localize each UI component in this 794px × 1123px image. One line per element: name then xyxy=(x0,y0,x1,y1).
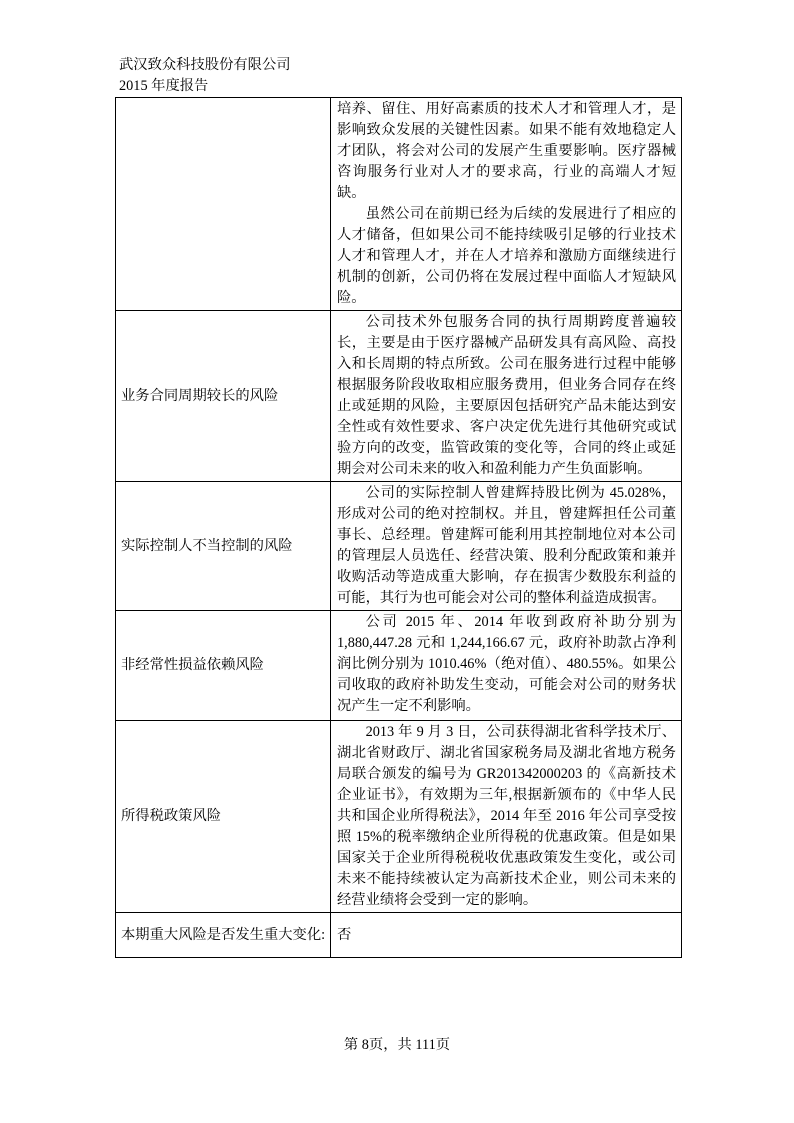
risk-paragraph: 2013 年 9 月 3 日，公司获得湖北省科学技术厅、湖北省财政厅、湖北省国家… xyxy=(337,722,676,911)
risk-description-cell: 否 xyxy=(331,913,682,958)
risk-name-cell: 业务合同周期较长的风险 xyxy=(116,311,331,482)
table-row: 培养、留住、用好高素质的技术人才和管理人才，是影响致众发展的关键性因素。如果不能… xyxy=(116,98,682,311)
risk-description-cell: 公司技术外包服务合同的执行周期跨度普遍较长，主要是由于医疗器械产品研发具有高风险… xyxy=(331,311,682,482)
table-row: 实际控制人不当控制的风险 公司的实际控制人曾建辉持股比例为 45.028%，形成… xyxy=(116,482,682,611)
risk-description-cell: 公司 2015 年、2014 年收到政府补助分别为 1,880,447.28 元… xyxy=(331,611,682,721)
risk-name-cell: 非经常性损益依赖风险 xyxy=(116,611,331,721)
page-number-footer: 第 8页，共 111页 xyxy=(0,1035,794,1056)
risk-name-cell: 本期重大风险是否发生重大变化: xyxy=(116,913,331,958)
risk-name-cell xyxy=(116,98,331,311)
risk-paragraph: 虽然公司在前期已经为后续的发展进行了相应的人才储备，但如果公司不能持续吸引足够的… xyxy=(337,204,676,309)
risk-description-cell: 公司的实际控制人曾建辉持股比例为 45.028%，形成对公司的绝对控制权。并且，… xyxy=(331,482,682,611)
risk-description-cell: 2013 年 9 月 3 日，公司获得湖北省科学技术厅、湖北省财政厅、湖北省国家… xyxy=(331,721,682,913)
table-row: 业务合同周期较长的风险 公司技术外包服务合同的执行周期跨度普遍较长，主要是由于医… xyxy=(116,311,682,482)
document-header: 武汉致众科技股份有限公司 2015 年度报告 xyxy=(119,55,291,97)
report-title: 2015 年度报告 xyxy=(119,76,291,97)
document-page: 武汉致众科技股份有限公司 2015 年度报告 培养、留住、用好高素质的技术人才和… xyxy=(0,0,794,1123)
table-row: 所得税政策风险 2013 年 9 月 3 日，公司获得湖北省科学技术厅、湖北省财… xyxy=(116,721,682,913)
page-indicator: 第 8页，共 111页 xyxy=(344,1037,450,1053)
risk-paragraph: 公司技术外包服务合同的执行周期跨度普遍较长，主要是由于医疗器械产品研发具有高风险… xyxy=(337,312,676,480)
risk-paragraph: 否 xyxy=(337,925,676,946)
risk-paragraph: 培养、留住、用好高素质的技术人才和管理人才，是影响致众发展的关键性因素。如果不能… xyxy=(337,99,676,204)
risk-description-cell: 培养、留住、用好高素质的技术人才和管理人才，是影响致众发展的关键性因素。如果不能… xyxy=(331,98,682,311)
table-row: 本期重大风险是否发生重大变化: 否 xyxy=(116,913,682,958)
company-name: 武汉致众科技股份有限公司 xyxy=(119,55,291,76)
risk-paragraph: 公司的实际控制人曾建辉持股比例为 45.028%，形成对公司的绝对控制权。并且，… xyxy=(337,483,676,609)
risk-paragraph: 公司 2015 年、2014 年收到政府补助分别为 1,880,447.28 元… xyxy=(337,612,676,717)
table-row: 非经常性损益依赖风险 公司 2015 年、2014 年收到政府补助分别为 1,8… xyxy=(116,611,682,721)
risk-name-cell: 实际控制人不当控制的风险 xyxy=(116,482,331,611)
risk-table: 培养、留住、用好高素质的技术人才和管理人才，是影响致众发展的关键性因素。如果不能… xyxy=(115,97,682,958)
risk-name-cell: 所得税政策风险 xyxy=(116,721,331,913)
